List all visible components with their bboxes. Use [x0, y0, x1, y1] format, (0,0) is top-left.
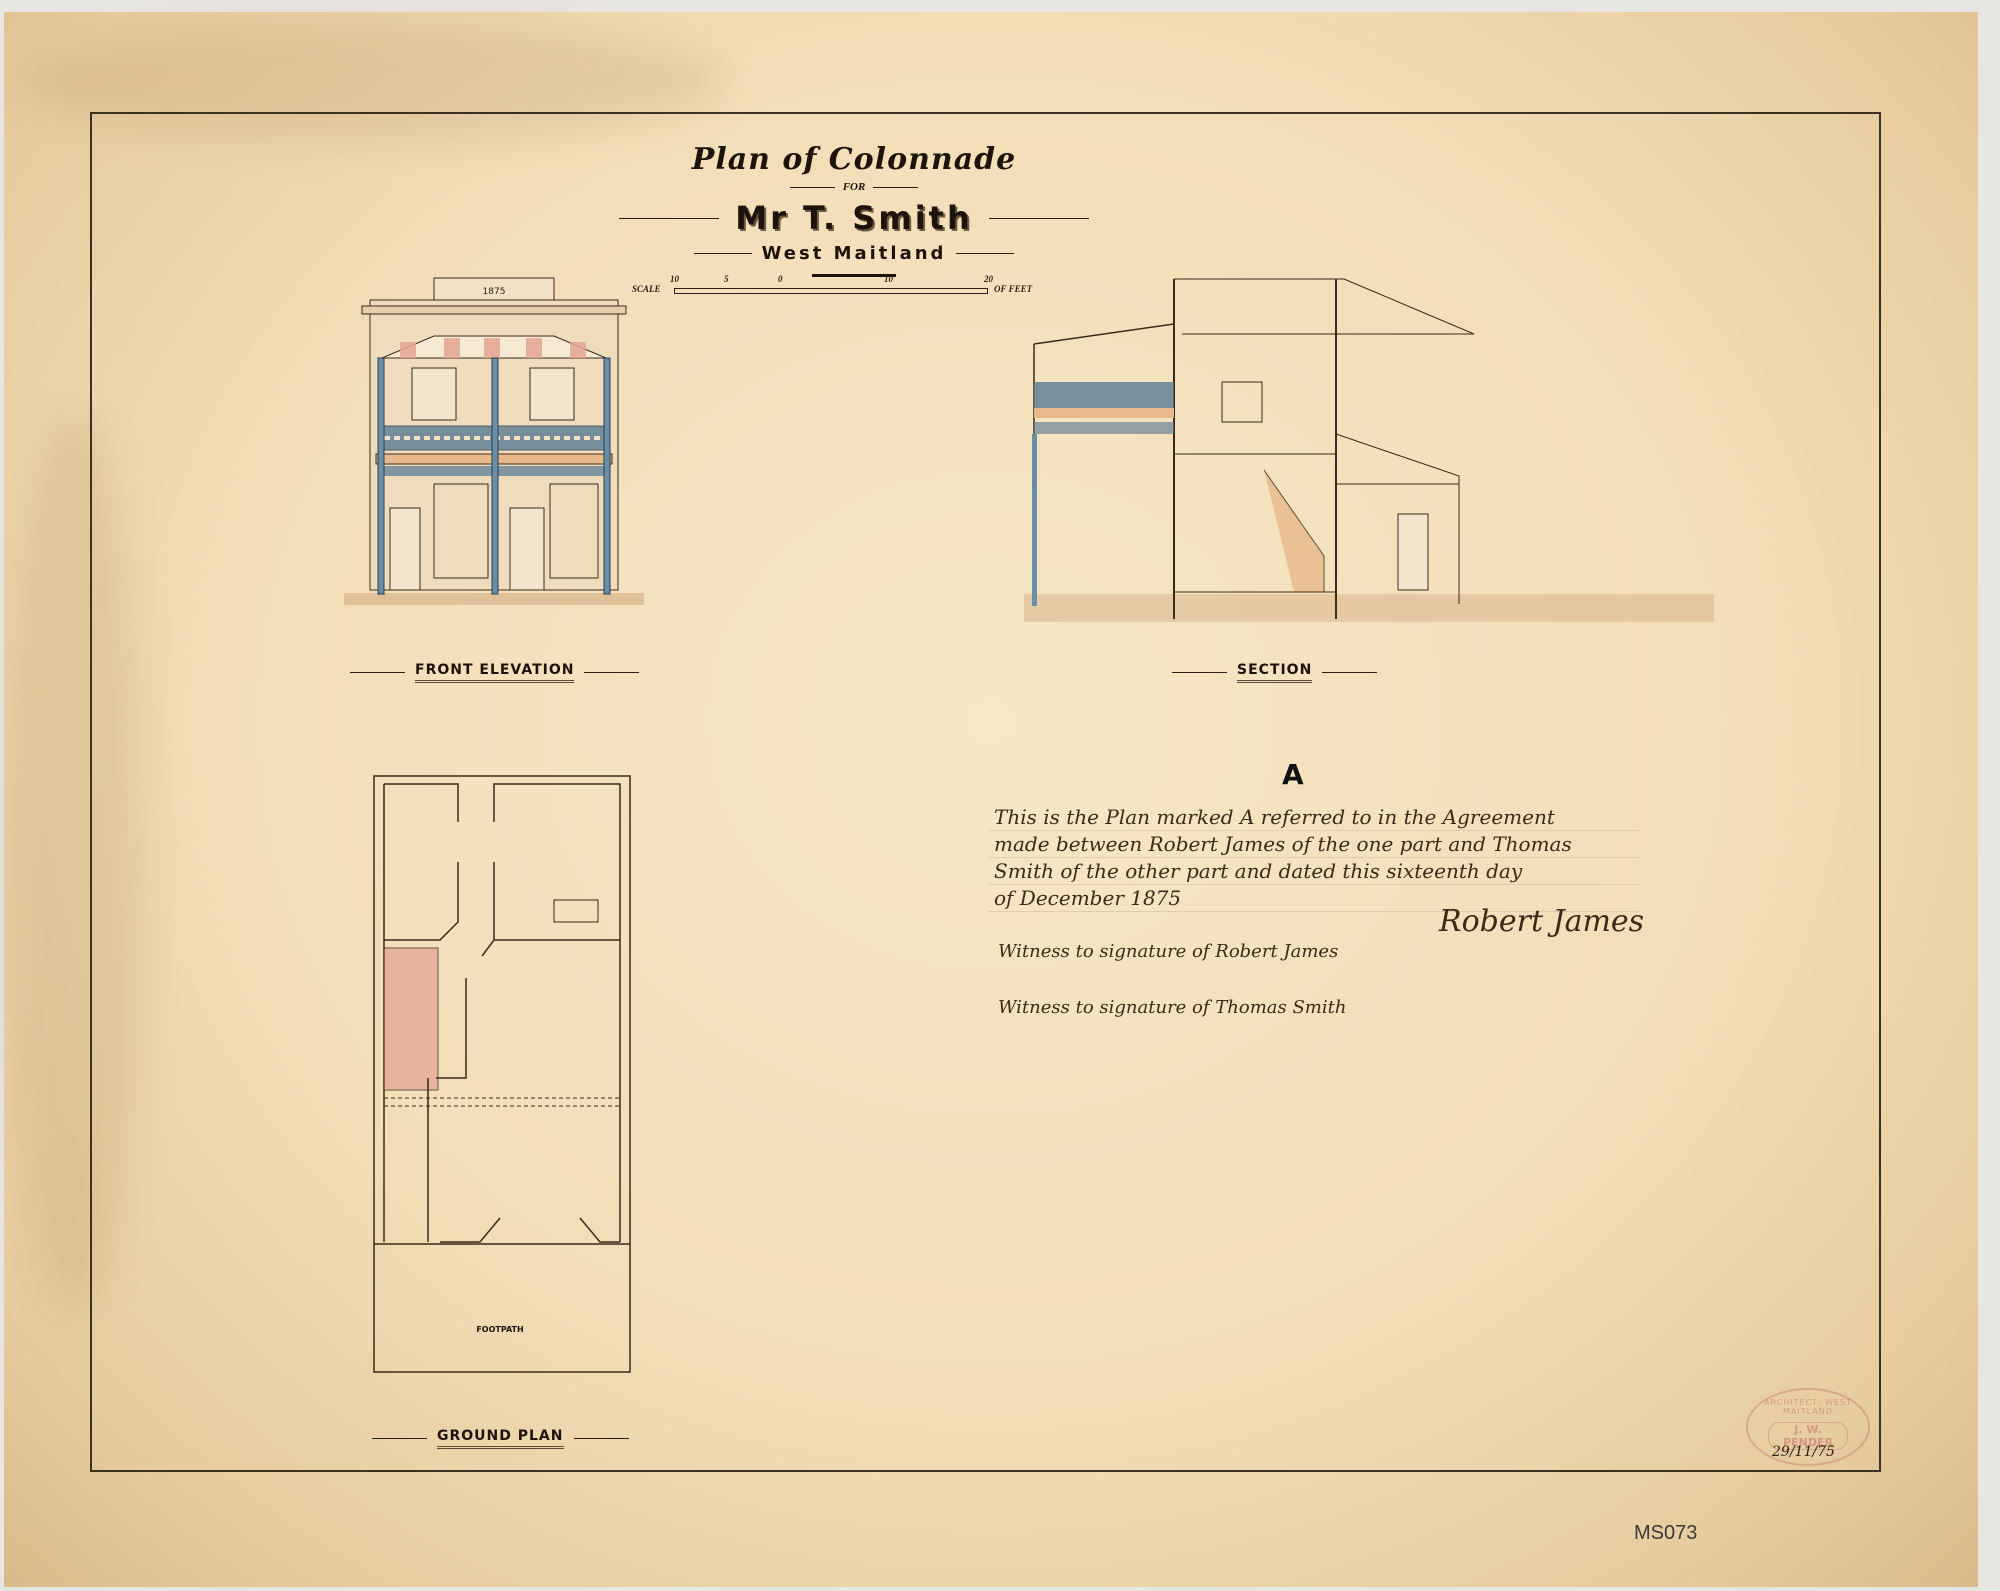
plan-marker: A: [1282, 758, 1304, 791]
catalogue-reference: MS073: [1634, 1522, 1697, 1545]
ground-plan-drawing: FOOTPATH: [370, 772, 640, 1377]
agreement-line: This is the Plan marked A referred to in…: [994, 804, 1572, 831]
scale-tick: 10: [884, 274, 893, 284]
signature: Robert James: [1439, 904, 1644, 939]
title: Plan of Colonnade: [604, 142, 1104, 177]
section-drawing: [1024, 274, 1724, 634]
scale-tick: 5: [724, 274, 729, 284]
scale-bar: SCALE 10 5 0 10 20 OF FEET: [632, 280, 1052, 300]
agreement-line: made between Robert James of the one par…: [994, 831, 1572, 858]
caption-section: SECTION: [1172, 662, 1377, 683]
svg-text:1875: 1875: [483, 287, 506, 297]
witness-1: Witness to signature of Robert James: [998, 938, 1338, 965]
title-for: FOR: [604, 181, 1104, 193]
client-name: Mr T. Smith: [604, 199, 1104, 237]
caption-front-elevation: FRONT ELEVATION: [350, 662, 639, 683]
stamp-ring-text: ARCHITECT, WEST MAITLAND: [1748, 1398, 1868, 1416]
location: West Maitland: [604, 243, 1104, 264]
front-elevation-drawing: 1875: [334, 258, 654, 618]
stamp-date: 29/11/75: [1772, 1444, 1835, 1460]
scale-tick: 0: [778, 274, 783, 284]
title-block: Plan of Colonnade FOR Mr T. Smith West M…: [604, 142, 1104, 277]
caption-text: FRONT ELEVATION: [415, 662, 574, 683]
agreement-line: Smith of the other part and dated this s…: [994, 858, 1572, 885]
caption-text: GROUND PLAN: [437, 1428, 564, 1449]
witness-2: Witness to signature of Thomas Smith: [998, 994, 1346, 1021]
scale-tick: 20: [984, 274, 993, 284]
caption-text: SECTION: [1237, 662, 1312, 683]
agreement-text: This is the Plan marked A referred to in…: [994, 804, 1572, 912]
paper-sheet: Plan of Colonnade FOR Mr T. Smith West M…: [4, 12, 1978, 1587]
scale-tick: 10: [670, 274, 679, 284]
caption-ground-plan: GROUND PLAN: [372, 1428, 629, 1449]
svg-text:FOOTPATH: FOOTPATH: [476, 1325, 523, 1334]
scale-rule: [674, 288, 988, 294]
